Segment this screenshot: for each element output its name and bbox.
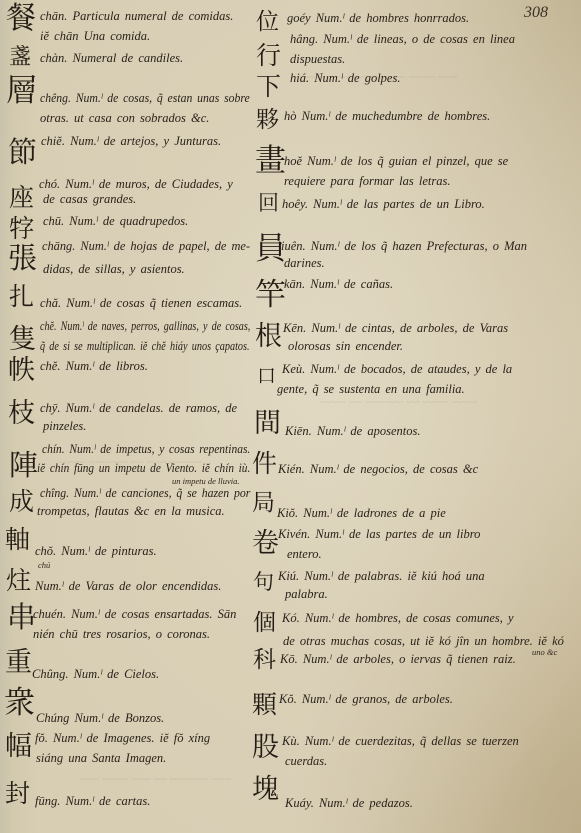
definition-line: kān. Num.ˡ de cañas. — [284, 277, 393, 291]
marginal-note: uno &c — [532, 647, 557, 657]
hanzi-character: 句 — [253, 572, 274, 593]
definition-line: Kiēn. Num.ˡ de aposentos. — [285, 424, 420, 438]
manuscript-page: ~~~ ~~~~ ~~ ~~~~~~ ~~ ~~~~~ ~~~~ ~~~~ ~~… — [0, 0, 581, 833]
hanzi-character: 股 — [252, 734, 279, 761]
definition-line: goéy Num.ˡ de hombres honrrados. — [287, 11, 469, 25]
definition-line: entero. — [287, 547, 322, 561]
definition-line: Kiú. Num.ˡ de palabras. iĕ kiú hoá una — [278, 569, 485, 583]
definition-line: hiá. Num.ˡ de golpes. — [290, 71, 400, 85]
hanzi-character: 間 — [254, 410, 281, 437]
definition-line: hoêy. Num.ˡ de las partes de un Libro. — [282, 197, 485, 211]
hanzi-character: 口 — [257, 367, 276, 386]
hanzi-character: 塊 — [252, 776, 279, 803]
definition-line: Kién. Num.ˡ de negocios, de cosas &c — [278, 462, 478, 476]
definition-line: Kuáy. Num.ˡ de pedazos. — [285, 796, 413, 810]
hanzi-character: 根 — [255, 323, 282, 350]
definition-line: iuên. Num.ˡ de los q̃ hazen Prefecturas,… — [281, 239, 527, 253]
definition-line: Kó. Num.ˡ de hombres, de cosas comunes, … — [282, 611, 514, 625]
definition-line: olorosas sin encender. — [288, 339, 403, 353]
definition-line: hâng. Num.ˡ de lineas, o de cosas en lin… — [290, 32, 515, 46]
hanzi-character: 顆 — [252, 692, 277, 717]
hanzi-character: 卷 — [252, 530, 279, 557]
definition-line: palabra. — [285, 587, 328, 601]
right-column: 位 goéy Num.ˡ de hombres honrrados. 行 hân… — [0, 0, 581, 833]
definition-line: Keù. Num.ˡ de bocados, de ataudes, y de … — [282, 362, 512, 376]
hanzi-character: 局 — [252, 492, 275, 515]
definition-line: gente, q̃ se sustenta en una familia. — [277, 382, 465, 396]
hanzi-character: 回 — [258, 193, 279, 214]
hanzi-character: 件 — [252, 451, 277, 476]
hanzi-character: 夥 — [256, 109, 279, 132]
hanzi-character: 行 — [256, 43, 281, 68]
hanzi-character: 位 — [256, 11, 279, 34]
definition-line: Kiŏ. Num.ˡ de ladrones de a pie — [277, 506, 446, 520]
definition-line: requiere para formar las letras. — [284, 174, 450, 188]
definition-line: Kō. Num.ˡ de arboles, o iervas q̃ tienen… — [280, 652, 516, 666]
hanzi-character: 下 — [256, 74, 281, 99]
hanzi-character: 竿 — [255, 280, 286, 311]
definition-line: Kù. Num.ˡ de cuerdezitas, q̃ dellas se t… — [282, 734, 519, 748]
definition-line: darines. — [284, 256, 325, 270]
definition-line: Kēn. Num.ˡ de cintas, de arboles, de Var… — [283, 321, 508, 335]
definition-line: hoĕ Num.ˡ de los q̃ guian el pinzel, que… — [284, 154, 508, 168]
definition-line: de otras muchas cosas, ut iĕ kó jîn un h… — [283, 634, 564, 648]
hanzi-character: 畫 — [255, 146, 286, 177]
hanzi-character: 科 — [253, 649, 276, 672]
definition-line: Kŏ. Num.ˡ de granos, de arboles. — [279, 692, 453, 706]
definition-line: dispuestas. — [290, 52, 345, 66]
definition-line: hò Num.ˡ de muchedumbre de hombres. — [284, 109, 490, 123]
hanzi-character: 個 — [253, 612, 276, 635]
definition-line: Kivén. Num.ˡ de las partes de un libro — [278, 527, 480, 541]
definition-line: cuerdas. — [285, 754, 327, 768]
